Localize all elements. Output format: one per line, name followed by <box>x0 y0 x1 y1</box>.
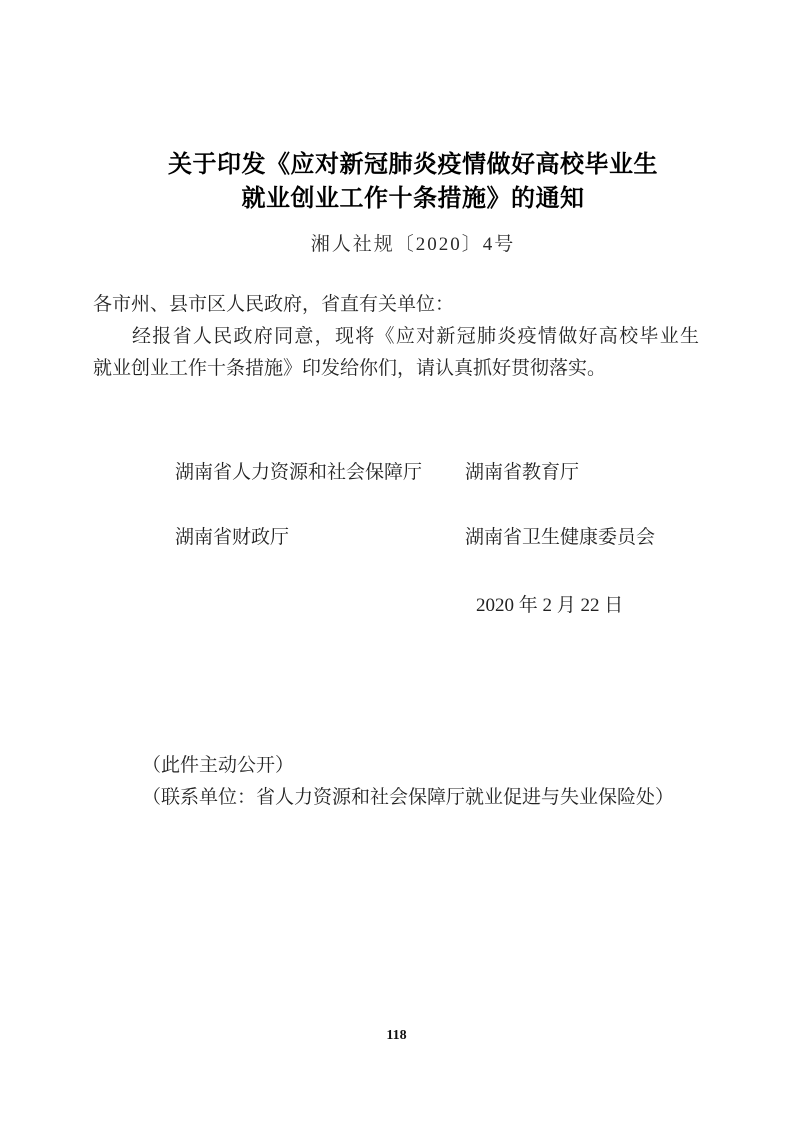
public-disclosure-note: （此件主动公开） <box>142 750 793 782</box>
notice-title-line-1: 关于印发《应对新冠肺炎疫情做好高校毕业生 <box>33 148 793 182</box>
document-number: 湘人社规〔2020〕4号 <box>33 230 793 260</box>
notes-block: （此件主动公开） （联系单位：省人力资源和社会保障厅就业促进与失业保险处） <box>142 750 793 814</box>
page-number: 118 <box>0 1026 793 1046</box>
signature-row-1: 湖南省人力资源和社会保障厅 湖南省教育厅 <box>175 457 735 489</box>
signature-block: 湖南省人力资源和社会保障厅 湖南省教育厅 湖南省财政厅 湖南省卫生健康委员会 <box>175 457 735 554</box>
document-page: 关于印发《应对新冠肺炎疫情做好高校毕业生 就业创业工作十条措施》的通知 湘人社规… <box>0 0 793 1121</box>
notice-body: 各市州、县市区人民政府，省直有关单位： 经报省人民政府同意，现将《应对新冠肺炎疫… <box>93 289 699 385</box>
notice-heading: 关于印发《应对新冠肺炎疫情做好高校毕业生 就业创业工作十条措施》的通知 湘人社规… <box>33 0 793 260</box>
contact-unit-note: （联系单位：省人力资源和社会保障厅就业促进与失业保险处） <box>142 782 793 814</box>
signer-hr-social-security-dept: 湖南省人力资源和社会保障厅 <box>175 457 465 489</box>
notice-title-line-2: 就业创业工作十条措施》的通知 <box>33 182 793 216</box>
issue-date: 2020 年 2 月 22 日 <box>476 590 793 622</box>
signer-health-commission: 湖南省卫生健康委员会 <box>465 522 655 554</box>
signer-education-dept: 湖南省教育厅 <box>465 457 579 489</box>
signature-row-2: 湖南省财政厅 湖南省卫生健康委员会 <box>175 522 735 554</box>
body-text-line-2: 就业创业工作十条措施》印发给你们，请认真抓好贯彻落实。 <box>93 353 699 385</box>
salutation-line: 各市州、县市区人民政府，省直有关单位： <box>93 289 699 321</box>
signer-finance-dept: 湖南省财政厅 <box>175 522 465 554</box>
body-text-line-1: 经报省人民政府同意，现将《应对新冠肺炎疫情做好高校毕业生 <box>93 321 699 353</box>
